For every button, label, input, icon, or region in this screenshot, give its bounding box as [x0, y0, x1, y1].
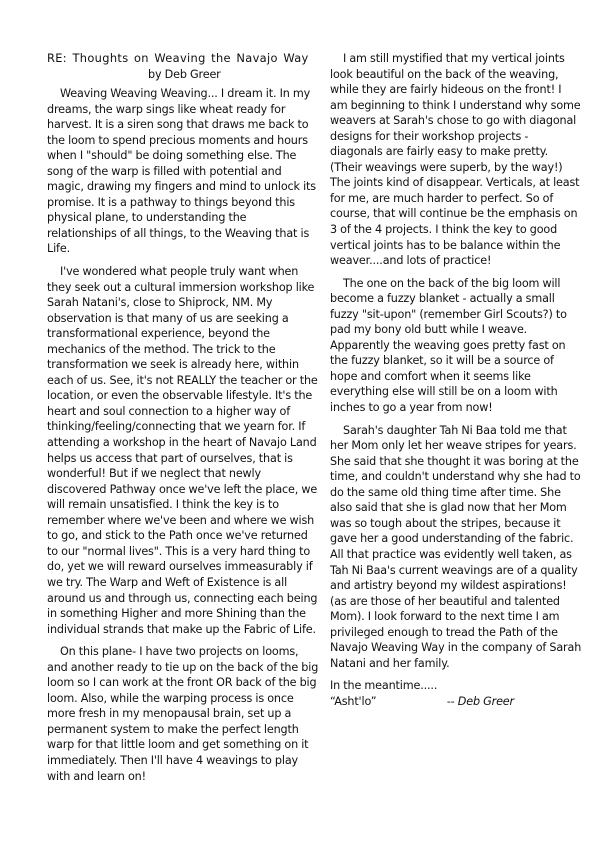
paragraph-tah-ni-baa: Sarah's daughter Tah Ni Baa told me that…: [330, 423, 582, 672]
paragraph-vertical-joints: I am still mystified that my vertical jo…: [330, 51, 582, 269]
author-signature: -- Deb Greer: [447, 694, 514, 710]
paragraph-weaving-dream: Weaving Weaving Weaving... I dream it. I…: [47, 86, 319, 257]
left-column: RE: Thoughts on Weaving the Navajo Way b…: [47, 51, 319, 791]
article-byline: by Deb Greer: [47, 67, 319, 83]
document-page: RE: Thoughts on Weaving the Navajo Way b…: [0, 0, 595, 842]
article-title: RE: Thoughts on Weaving the Navajo Way: [47, 51, 319, 67]
paragraph-fuzzy-blanket: The one on the back of the big loom will…: [330, 276, 582, 416]
closing-line: In the meantime.....: [330, 678, 582, 694]
right-column: I am still mystified that my vertical jo…: [330, 51, 582, 709]
signature-row: “Asht'lo” -- Deb Greer: [330, 694, 514, 710]
paragraph-projects-on-looms: On this plane- I have two projects on lo…: [47, 644, 319, 784]
farewell-text: “Asht'lo”: [330, 694, 376, 710]
paragraph-cultural-immersion: I've wondered what people truly want whe…: [47, 264, 319, 637]
